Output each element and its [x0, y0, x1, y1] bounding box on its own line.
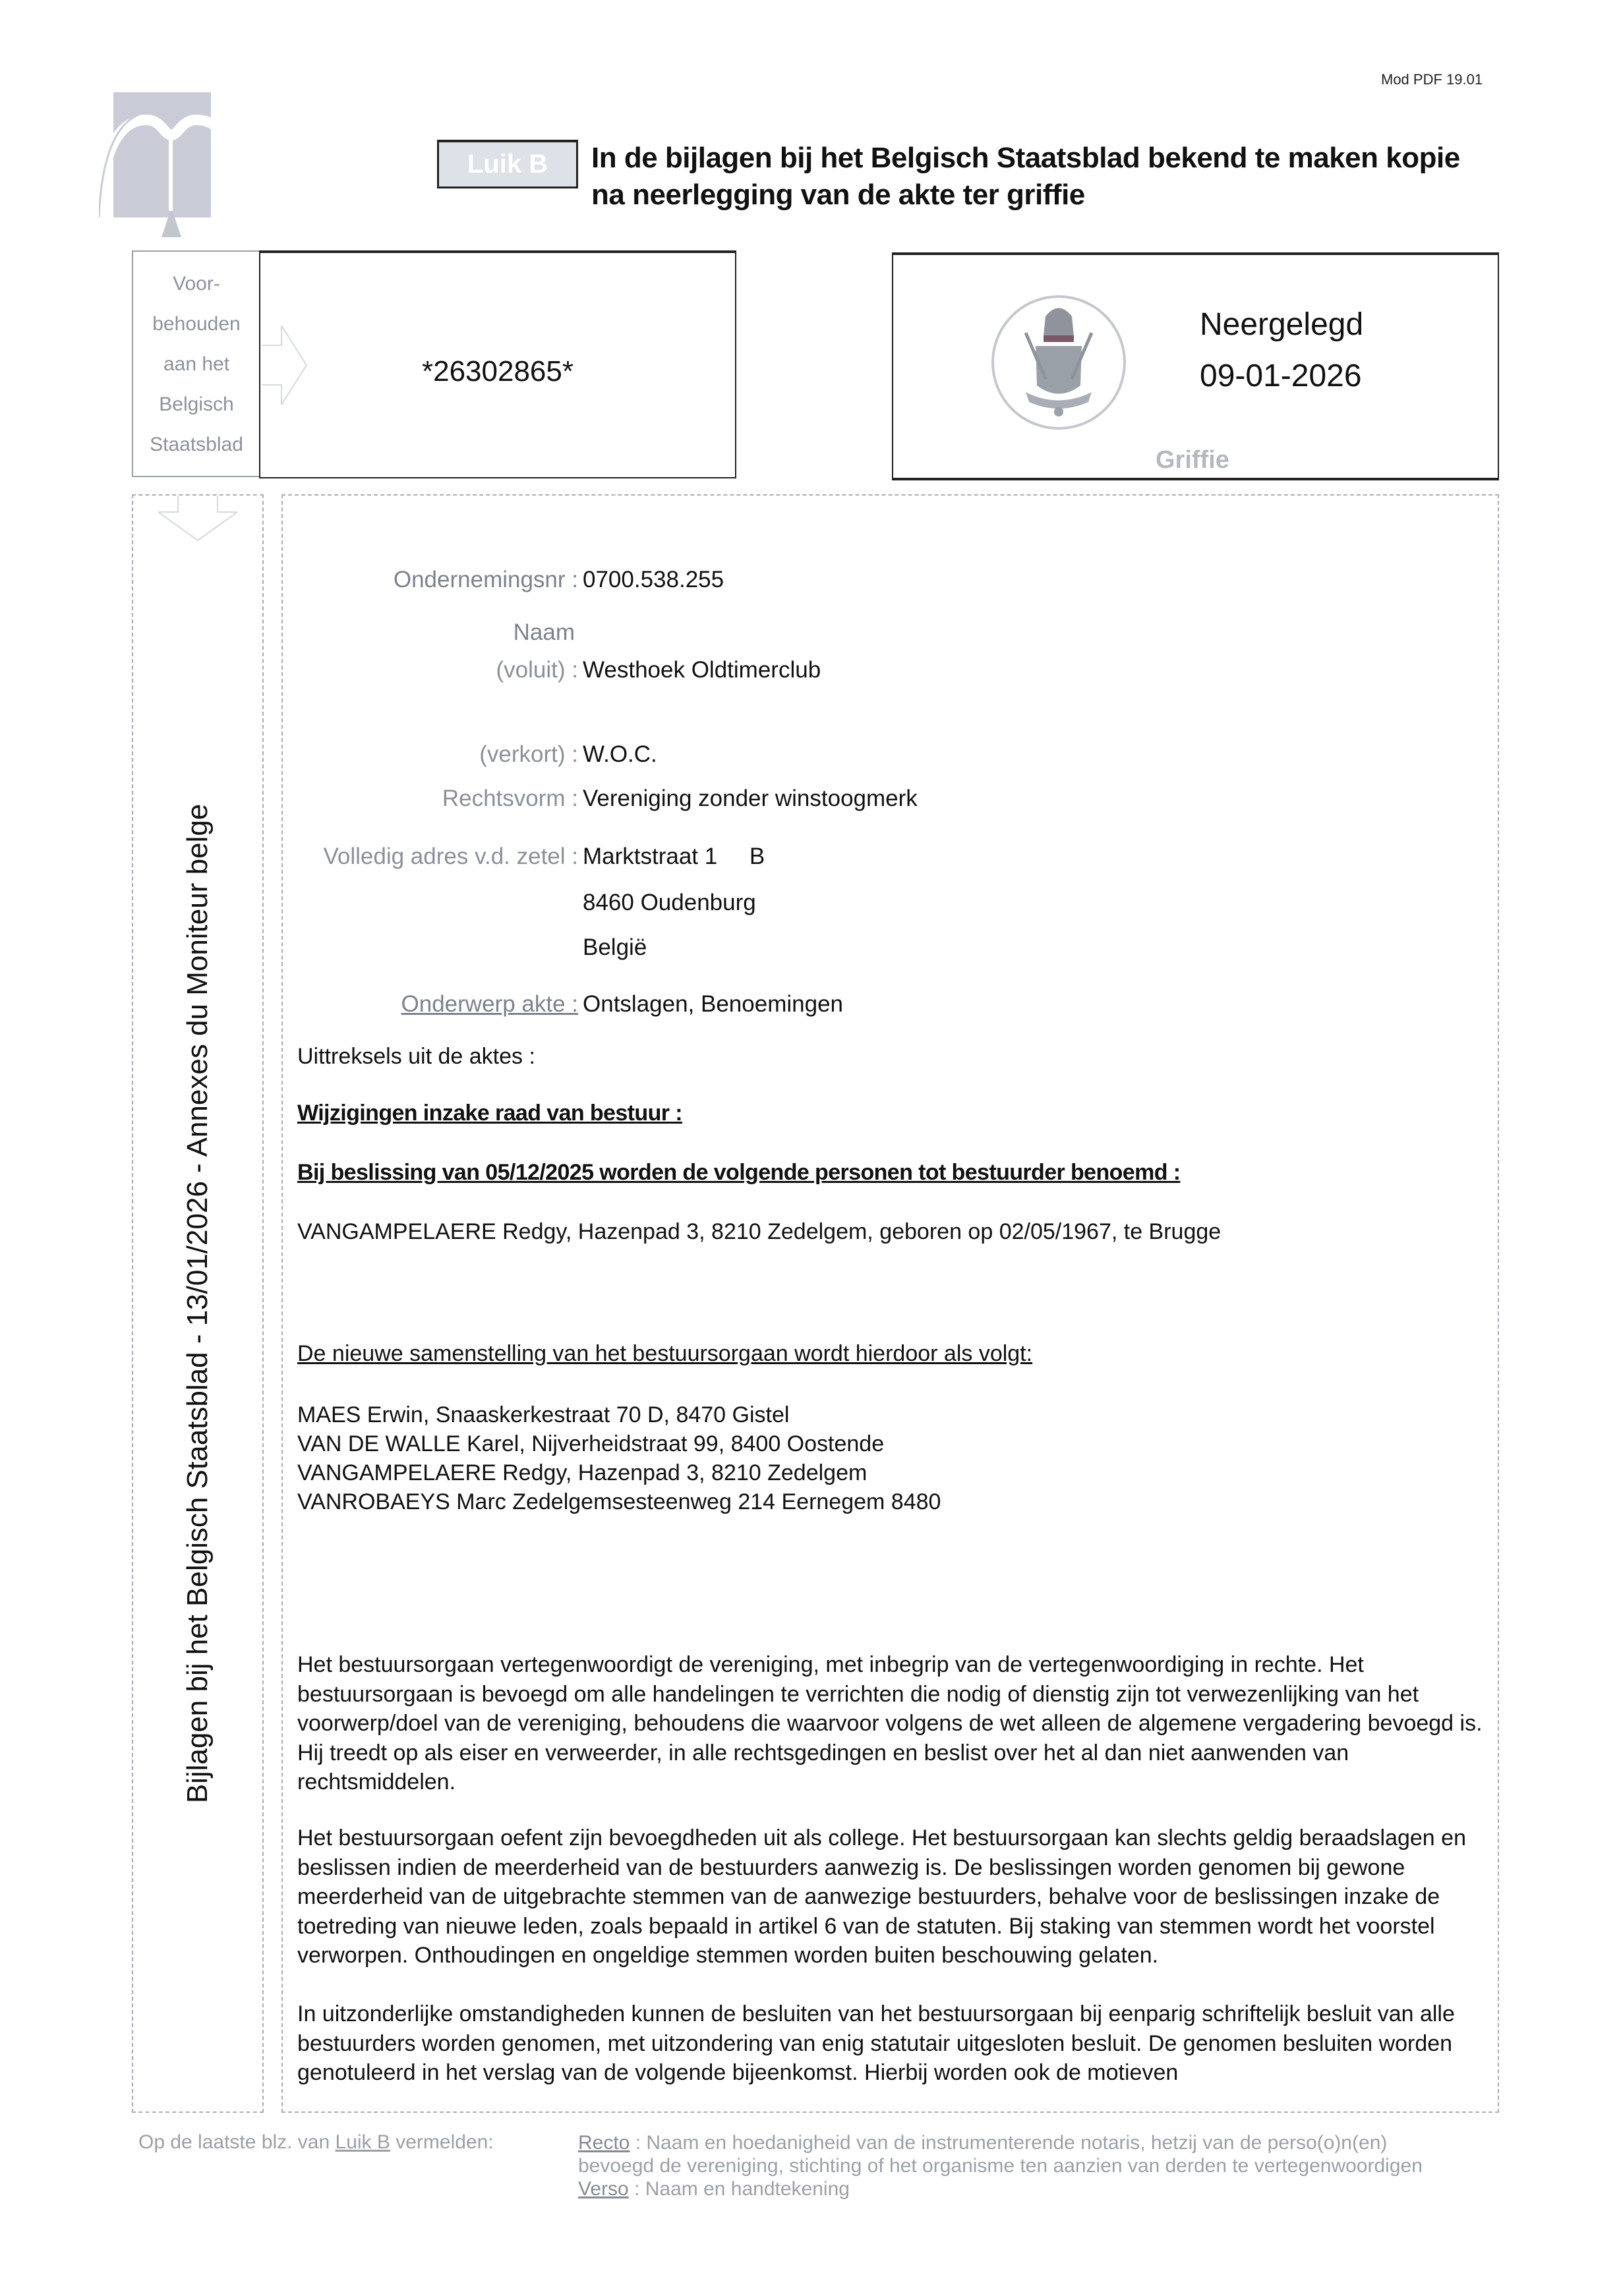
full-name: Westhoek Oldtimerclub [583, 657, 821, 683]
appointment-decision-heading: Bij beslissing van 05/12/2025 worden de … [297, 1160, 1181, 1186]
footer-suffix: vermelden: [390, 2131, 494, 2153]
belgian-coat-of-arms-icon [989, 293, 1128, 432]
deed-subject-label: Onderwerp akte : [401, 991, 578, 1018]
appointee-entry: VANGAMPELAERE Redgy, Hazenpad 3, 8210 Ze… [297, 1219, 1221, 1245]
decision-making-paragraph: Het bestuursorgaan oefent zijn bevoegdhe… [297, 1823, 1484, 1970]
composition-heading: De nieuwe samenstelling van het bestuurs… [297, 1341, 1032, 1367]
recto-text: : Naam en hoedanigheid van de instrument… [630, 2132, 1387, 2154]
recto-text-continued: bevoegd de vereniging, stichting of het … [578, 2154, 1423, 2177]
form-code: Mod PDF 19.01 [1381, 71, 1483, 88]
address-line-3: België [583, 934, 647, 961]
board-member: VAN DE WALLE Karel, Nijverheidstraat 99,… [297, 1429, 941, 1458]
reserved-line: Voor- [133, 264, 260, 304]
verso-label: Verso [578, 2178, 629, 2200]
reserved-line: Belgisch [133, 384, 260, 424]
moniteur-logo-icon [99, 86, 287, 241]
reserved-line: Staatsblad [133, 424, 260, 465]
registry-label: Griffie [1156, 446, 1229, 474]
reserved-label: Voor- behouden aan het Belgisch Staatsbl… [133, 264, 260, 465]
legal-form: Vereniging zonder winstoogmerk [583, 786, 918, 812]
reserved-line: aan het [133, 344, 260, 384]
footer-instruction: Op de laatste blz. van Luik B vermelden: [138, 2131, 494, 2154]
arrow-down-icon [158, 496, 237, 542]
verso-text: : Naam en handtekening [629, 2178, 850, 2200]
address-line-2: 8460 Oudenburg [583, 890, 756, 916]
filing-stamp-box: Neergelegd 09-01-2026 Griffie [892, 252, 1499, 480]
barcode-number: *26302865* [260, 355, 735, 388]
short-name: W.O.C. [583, 741, 657, 768]
title-line-1: In de bijlagen bij het Belgisch Staatsbl… [591, 140, 1460, 177]
board-member: VANGAMPELAERE Redgy, Hazenpad 3, 8210 Ze… [297, 1458, 941, 1487]
written-resolution-paragraph: In uitzonderlijke omstandigheden kunnen … [297, 1999, 1484, 2088]
address-label: Volledig adres v.d. zetel : [323, 844, 578, 870]
reserved-line: behouden [133, 304, 260, 344]
title-line-2: na neerlegging van de akte ter griffie [591, 177, 1460, 214]
board-member: VANROBAEYS Marc Zedelgemsesteenweg 214 E… [297, 1487, 941, 1516]
enterprise-number: 0700.538.255 [583, 567, 724, 593]
deed-content-box: Ondernemingsnr : 0700.538.255 Naam (volu… [281, 494, 1499, 2113]
board-changes-heading: Wijzigingen inzake raad van bestuur : [297, 1101, 682, 1126]
short-name-label: (verkort) : [479, 741, 578, 768]
filed-label: Neergelegd [1200, 306, 1363, 343]
enterprise-number-label: Ondernemingsnr : [394, 567, 578, 593]
footer-recto-verso: Recto : Naam en hoedanigheid van de inst… [578, 2131, 1423, 2200]
legal-form-label: Rechtsvorm : [442, 786, 578, 812]
board-member: MAES Erwin, Snaaskerkestraat 70 D, 8470 … [297, 1400, 941, 1429]
footer-luik-link: Luik B [336, 2131, 390, 2153]
extracts-heading: Uittreksels uit de aktes : [297, 1044, 535, 1070]
barcode-box: *26302865* [259, 250, 736, 478]
deed-subject: Ontslagen, Benoemingen [583, 991, 843, 1018]
full-name-label: (voluit) : [496, 657, 578, 683]
board-member-list: MAES Erwin, Snaaskerkestraat 70 D, 8470 … [297, 1400, 941, 1516]
footer-prefix: Op de laatste blz. van [138, 2131, 336, 2153]
address-line-1: Marktstraat 1 B [583, 844, 765, 870]
page-title: In de bijlagen bij het Belgisch Staatsbl… [591, 140, 1460, 214]
reserved-for-staatsblad-box: Voor- behouden aan het Belgisch Staatsbl… [132, 250, 260, 477]
recto-label: Recto [578, 2132, 630, 2154]
side-margin-column: Bijlagen bij het Belgisch Staatsblad - 1… [132, 494, 264, 2113]
publication-side-text: Bijlagen bij het Belgisch Staatsblad - 1… [181, 804, 214, 1804]
representation-paragraph: Het bestuursorgaan vertegenwoordigt de v… [297, 1650, 1484, 1797]
name-label: Naam [514, 619, 575, 646]
filed-date: 09-01-2026 [1200, 358, 1362, 394]
section-badge: Luik B [437, 140, 578, 188]
